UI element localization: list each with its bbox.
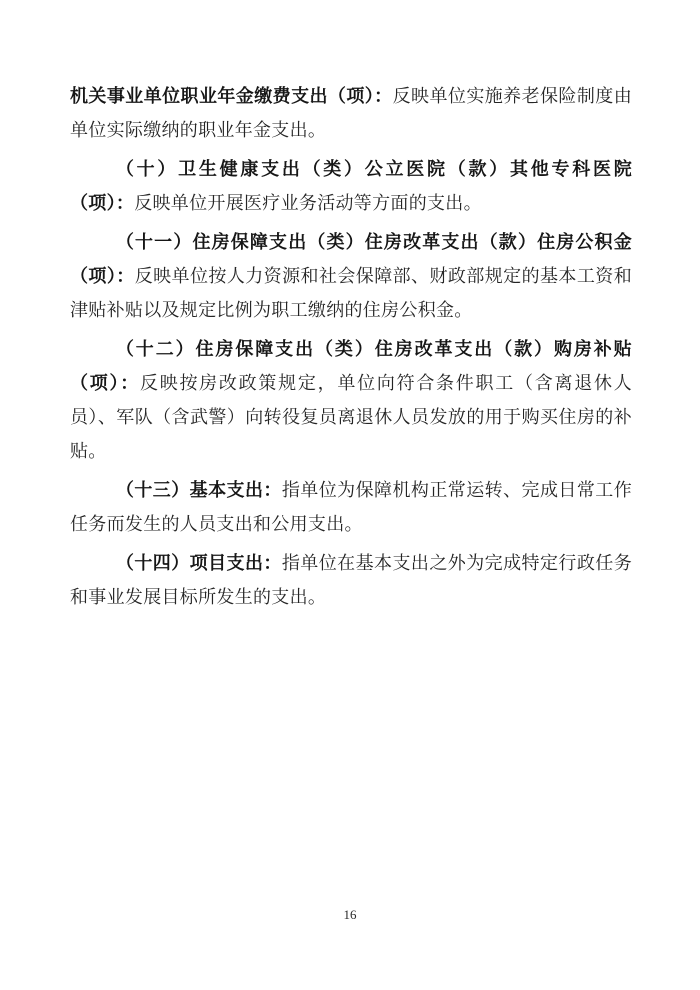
- paragraph-item-13: （十三）基本支出：指单位为保障机构正常运转、完成日常工作任务而发生的人员支出和公…: [70, 473, 632, 541]
- paragraph-item-14: （十四）项目支出：指单位在基本支出之外为完成特定行政任务和事业发展目标所发生的支…: [70, 546, 632, 614]
- paragraph-item-11: （十一）住房保障支出（类）住房改革支出（款）住房公积金（项）：反映单位按人力资源…: [70, 225, 632, 327]
- paragraph-lead: （十四）项目支出：: [116, 553, 282, 573]
- page-number: 16: [0, 906, 700, 924]
- paragraph-item-12: （十二）住房保障支出（类）住房改革支出（款）购房补贴（项）：反映按房改政策规定，…: [70, 332, 632, 468]
- document-page: 机关事业单位职业年金缴费支出（项）：反映单位实施养老保险制度由单位实际缴纳的职业…: [0, 0, 700, 990]
- paragraph-body: 反映单位按人力资源和社会保障部、财政部规定的基本工资和津贴补贴以及规定比例为职工…: [70, 266, 632, 320]
- paragraph-body: 反映按房改政策规定，单位向符合条件职工（含离退休人员）、军队（含武警）向转役复员…: [70, 373, 632, 461]
- paragraph-lead: 机关事业单位职业年金缴费支出（项）：: [70, 86, 393, 106]
- document-body: 机关事业单位职业年金缴费支出（项）：反映单位实施养老保险制度由单位实际缴纳的职业…: [70, 79, 632, 619]
- paragraph-pension-contribution: 机关事业单位职业年金缴费支出（项）：反映单位实施养老保险制度由单位实际缴纳的职业…: [70, 79, 632, 147]
- paragraph-lead: （十三）基本支出：: [116, 480, 282, 500]
- paragraph-item-10: （十）卫生健康支出（类）公立医院（款）其他专科医院（项）：反映单位开展医疗业务活…: [70, 152, 632, 220]
- paragraph-body: 反映单位开展医疗业务活动等方面的支出。: [134, 193, 482, 213]
